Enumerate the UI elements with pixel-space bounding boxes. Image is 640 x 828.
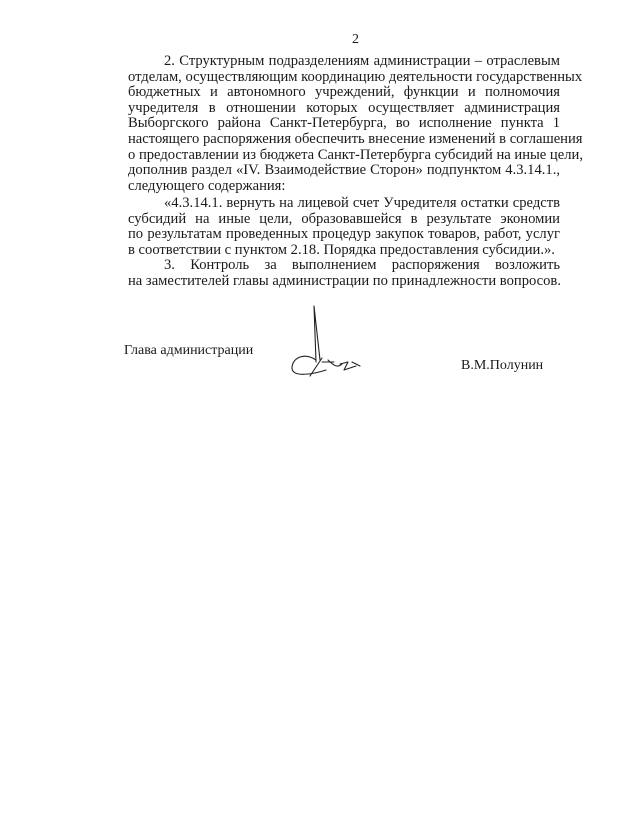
signer-name: В.М.Полунин (461, 358, 543, 374)
paragraph-line: следующего содержания: (128, 179, 560, 195)
paragraph-2: 2. Структурным подразделениям администра… (128, 54, 560, 194)
quote-line: субсидий на иные цели, образовавшейся в … (128, 212, 560, 228)
paragraph-line: о предоставлении из бюджета Санкт-Петерб… (128, 148, 560, 164)
paragraph-line: настоящего распоряжения обеспечить внесе… (128, 132, 560, 148)
signature-icon (286, 302, 370, 382)
paragraph-line: на заместителей главы администрации по п… (128, 274, 560, 290)
position-title: Глава администрации (124, 343, 253, 359)
paragraph-line: 2. Структурным подразделениям администра… (128, 54, 560, 70)
paragraph-line: 3. Контроль за выполнением распоряжения … (128, 258, 560, 274)
quote-line: «4.3.14.1. вернуть на лицевой счет Учред… (128, 196, 560, 212)
paragraph-line: учредителя в отношении которых осуществл… (128, 101, 560, 117)
quote-4-3-14-1: «4.3.14.1. вернуть на лицевой счет Учред… (128, 196, 560, 258)
paragraph-3: 3. Контроль за выполнением распоряжения … (128, 258, 560, 289)
paragraph-line: бюджетных и автономного учреждений, функ… (128, 85, 560, 101)
quote-line: по результатам проведенных процедур заку… (128, 227, 560, 243)
paragraph-line: дополнив раздел «IV. Взаимодействие Стор… (128, 163, 560, 179)
paragraph-line: Выборгского района Санкт-Петербурга, во … (128, 116, 560, 132)
paragraph-line: отделам, осуществляющим координацию деят… (128, 70, 560, 86)
page-number: 2 (352, 32, 359, 48)
